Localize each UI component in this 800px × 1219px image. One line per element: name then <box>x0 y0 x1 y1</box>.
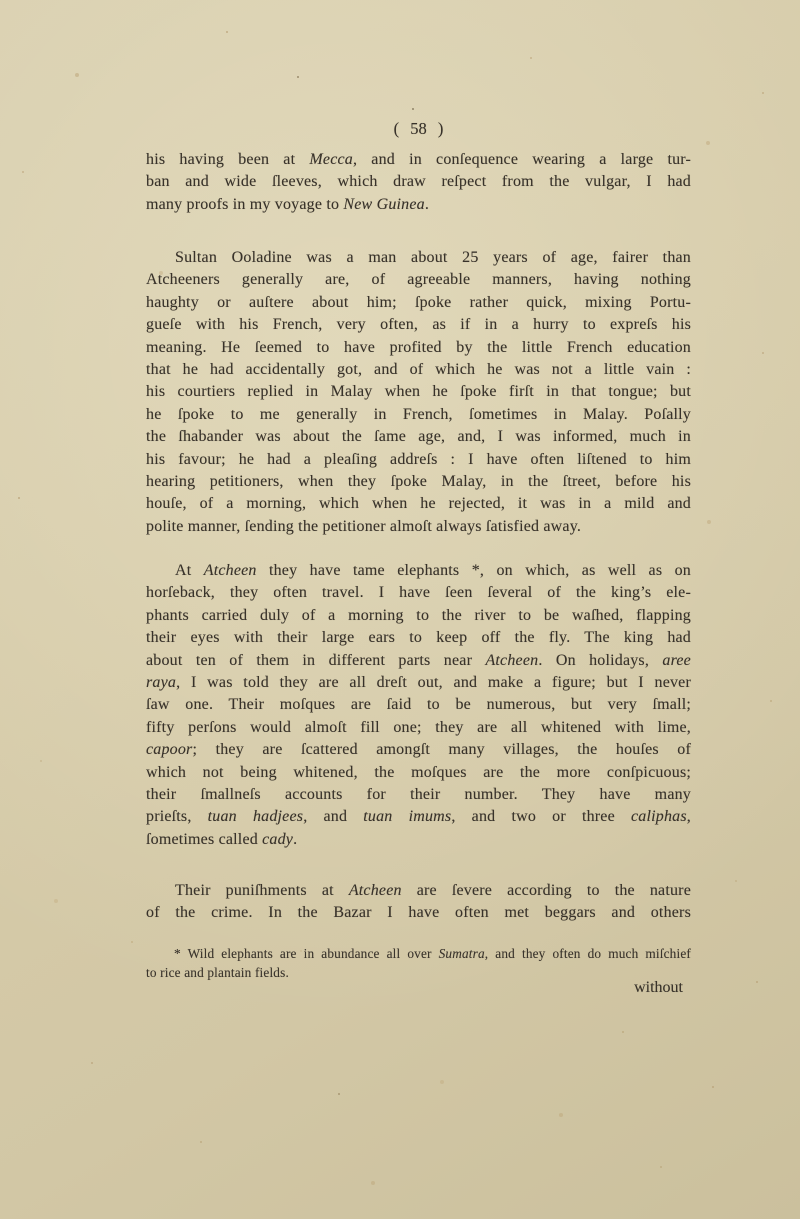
text-run: Atcheeners generally are, of agreeable m… <box>146 271 691 288</box>
italic-term: Atcheen <box>349 882 402 899</box>
text-line: At Atcheen they have tame elephants *, o… <box>146 560 691 582</box>
text-run: to rice and plantain fields. <box>146 965 289 980</box>
text-run: phants carried duly of a morning to the … <box>146 607 691 624</box>
text-line: ſometimes called cady. <box>146 829 691 851</box>
text-line: ſaw one. Their moſques are ſaid to be nu… <box>146 694 691 716</box>
footnote: * Wild elephants are in abundance all ov… <box>146 944 691 982</box>
text-line: houſe, of a morning, which when he rejec… <box>146 493 691 515</box>
text-run: that he had accidentally got, and of whi… <box>146 361 691 378</box>
text-run: , and in conſequence wearing a large tur… <box>353 151 691 168</box>
italic-term: Sumatra <box>439 946 485 961</box>
book-page: ( 58 ) his having been at Mecca, and in … <box>0 0 800 1219</box>
italic-term: capoor <box>146 741 192 758</box>
text-run: , and two or three <box>451 808 631 825</box>
page-number: ( 58 ) <box>146 119 691 139</box>
text-run: At <box>175 562 204 579</box>
text-line: which not being whitened, the moſques ar… <box>146 762 691 784</box>
text-line: ban and wide ſleeves, which draw reſpect… <box>146 171 691 193</box>
text-line: their eyes with their large ears to keep… <box>146 627 691 649</box>
text-line: prieſts, tuan hadjees, and tuan imums, a… <box>146 806 691 828</box>
text-run: polite manner, ſending the petitioner al… <box>146 518 581 535</box>
text-line: polite manner, ſending the petitioner al… <box>146 516 691 538</box>
text-run: prieſts, <box>146 808 208 825</box>
text-run: which not being whitened, the moſques ar… <box>146 764 691 781</box>
italic-term: aree <box>662 652 691 669</box>
text-run: ban and wide ſleeves, which draw reſpect… <box>146 173 691 190</box>
italic-term: tuan imums <box>363 808 451 825</box>
text-run: fifty perſons would almoſt fill one; the… <box>146 719 691 736</box>
text-run: . <box>425 196 429 213</box>
text-line: of the crime. In the Bazar I have often … <box>146 902 691 924</box>
text-run: , and they often do much miſchief <box>485 946 691 961</box>
paragraph-2: Sultan Ooladine was a man about 25 years… <box>146 247 691 538</box>
italic-term: Mecca <box>309 151 353 168</box>
text-run: , I was told they are all dreſt out, and… <box>176 674 691 691</box>
text-run: haughty or auſtere about him; ſpoke rath… <box>146 294 691 311</box>
text-run: Their puniſhments at <box>175 882 349 899</box>
text-run: houſe, of a morning, which when he rejec… <box>146 495 691 512</box>
italic-term: Atcheen <box>485 652 538 669</box>
text-line: raya, I was told they are all dreſt out,… <box>146 672 691 694</box>
text-run: of the crime. In the Bazar I have often … <box>146 904 691 921</box>
text-line: meaning. He ſeemed to have profited by t… <box>146 337 691 359</box>
text-run: he ſpoke to me generally in French, ſome… <box>146 406 691 423</box>
text-line: horſeback, they often travel. I have ſee… <box>146 582 691 604</box>
text-run: the ſhabander was about the ſame age, an… <box>146 428 691 445</box>
italic-term: caliphas <box>631 808 687 825</box>
text-line: * Wild elephants are in abundance all ov… <box>146 944 691 963</box>
text-run: gueſe with his French, very often, as if… <box>146 316 691 333</box>
text-line: many proofs in my voyage to New Guinea. <box>146 194 691 216</box>
text-run: their ſmallneſs accounts for their numbe… <box>146 786 691 803</box>
catchword: without <box>146 979 683 997</box>
text-run: many proofs in my voyage to <box>146 196 343 213</box>
paragraph-4: Their puniſhments at Atcheen are ſevere … <box>146 880 691 925</box>
text-line: his favour; he had a pleaſing addreſs : … <box>146 449 691 471</box>
text-run: are ſevere according to the nature <box>402 882 691 899</box>
text-run: horſeback, they often travel. I have ſee… <box>146 584 691 601</box>
text-line: his having been at Mecca, and in conſequ… <box>146 149 691 171</box>
paper-speckles <box>0 0 2 2</box>
text-run: meaning. He ſeemed to have profited by t… <box>146 339 691 356</box>
paragraph-1: his having been at Mecca, and in conſequ… <box>146 149 691 216</box>
text-run: . <box>293 831 297 848</box>
text-line: capoor; they are ſcattered amongſt many … <box>146 739 691 761</box>
text-run: Sultan Ooladine was a man about 25 years… <box>175 249 691 266</box>
text-line: about ten of them in different parts nea… <box>146 650 691 672</box>
text-run: his favour; he had a pleaſing addreſs : … <box>146 451 691 468</box>
text-run: his having been at <box>146 151 309 168</box>
text-run: . On holidays, <box>538 652 662 669</box>
text-line: Atcheeners generally are, of agreeable m… <box>146 269 691 291</box>
italic-term: Atcheen <box>204 562 257 579</box>
text-line: haughty or auſtere about him; ſpoke rath… <box>146 292 691 314</box>
text-run: they have tame elephants *, on which, as… <box>257 562 691 579</box>
text-line: Sultan Ooladine was a man about 25 years… <box>146 247 691 269</box>
text-line: fifty perſons would almoſt fill one; the… <box>146 717 691 739</box>
text-line: his courtiers replied in Malay when he ſ… <box>146 381 691 403</box>
text-run: , and <box>303 808 363 825</box>
italic-term: raya <box>146 674 176 691</box>
text-line: he ſpoke to me generally in French, ſome… <box>146 404 691 426</box>
italic-term: New Guinea <box>343 196 424 213</box>
text-line: hearing petitioners, when they ſpoke Mal… <box>146 471 691 493</box>
text-run: * Wild elephants are in abundance all ov… <box>174 946 439 961</box>
text-line: the ſhabander was about the ſame age, an… <box>146 426 691 448</box>
text-run: about ten of them in different parts nea… <box>146 652 485 669</box>
text-run: ſaw one. Their moſques are ſaid to be nu… <box>146 696 691 713</box>
paragraph-3: At Atcheen they have tame elephants *, o… <box>146 560 691 851</box>
italic-term: cady <box>262 831 293 848</box>
italic-term: tuan hadjees <box>208 808 304 825</box>
text-run: their eyes with their large ears to keep… <box>146 629 691 646</box>
text-run: hearing petitioners, when they ſpoke Mal… <box>146 473 691 490</box>
text-line: that he had accidentally got, and of whi… <box>146 359 691 381</box>
text-run: ; they are ſcattered amongſt many villag… <box>192 741 691 758</box>
text-run: his courtiers replied in Malay when he ſ… <box>146 383 691 400</box>
text-line: their ſmallneſs accounts for their numbe… <box>146 784 691 806</box>
text-run: ſometimes called <box>146 831 262 848</box>
text-line: phants carried duly of a morning to the … <box>146 605 691 627</box>
text-run: , <box>687 808 691 825</box>
text-line: gueſe with his French, very often, as if… <box>146 314 691 336</box>
text-line: Their puniſhments at Atcheen are ſevere … <box>146 880 691 902</box>
